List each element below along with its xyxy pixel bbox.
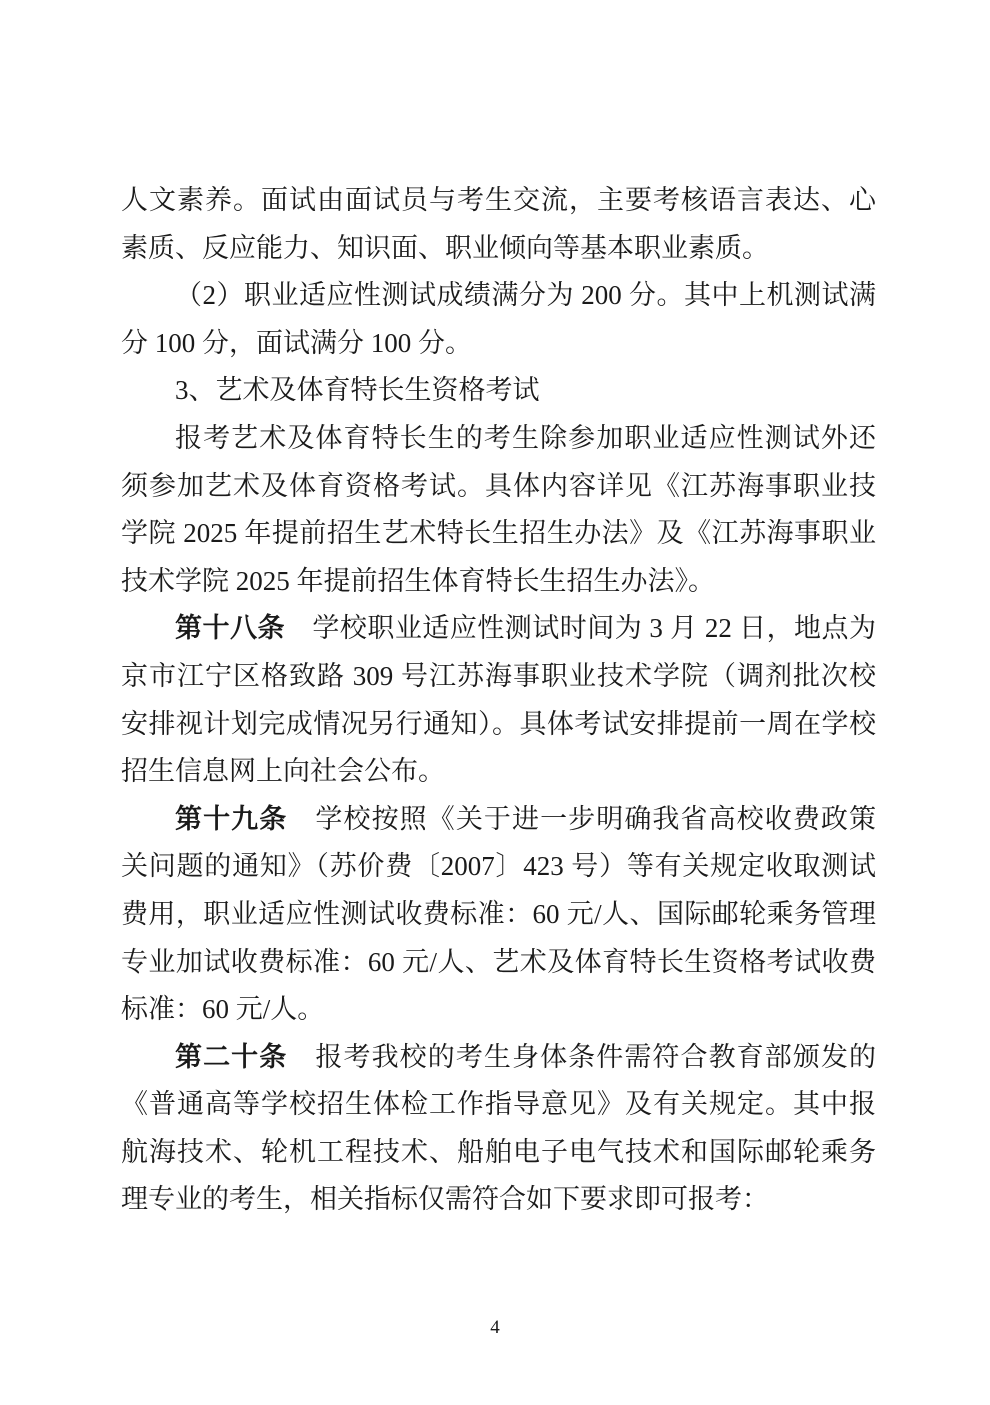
document-line: 分 100 分，面试满分 100 分。 — [121, 320, 876, 368]
document-line: 人文素养。面试由面试员与考生交流，主要考核语言表达、心理 — [121, 177, 876, 225]
document-line: 航海技术、轮机工程技术、船舶电子电气技术和国际邮轮乘务管 — [121, 1129, 876, 1177]
document-line: 第十八条 学校职业适应性测试时间为 3 月 22 日，地点为南 — [121, 605, 876, 653]
document-line: 关问题的通知》（苏价费〔2007〕423 号）等有关规定收取测试 — [121, 843, 876, 891]
document-line: 费用，职业适应性测试收费标准：60 元/人、国际邮轮乘务管理 — [121, 891, 876, 939]
line-text: 报考我校的考生身体条件需符合教育部颁发的 — [287, 1042, 876, 1072]
document-line: 须参加艺术及体育资格考试。具体内容详见《江苏海事职业技术 — [121, 463, 876, 511]
document-line: 3、艺术及体育特长生资格考试 — [121, 367, 876, 415]
page-number: 4 — [0, 1316, 990, 1340]
document-line: 《普通高等学校招生体检工作指导意见》及有关规定。其中报考 — [121, 1081, 876, 1129]
document-line: 报考艺术及体育特长生的考生除参加职业适应性测试外还 — [121, 415, 876, 463]
document-line: 学院 2025 年提前招生艺术特长生招生办法》及《江苏海事职业 — [121, 510, 876, 558]
article-number-heading: 第二十条 — [175, 1042, 287, 1072]
document-line: 标准：60 元/人。 — [121, 986, 876, 1034]
document-line: 第二十条 报考我校的考生身体条件需符合教育部颁发的 — [121, 1034, 876, 1082]
article-number-heading: 第十九条 — [175, 804, 287, 834]
document-line: （2）职业适应性测试成绩满分为 200 分。其中上机测试满 — [121, 272, 876, 320]
document-line: 第十九条 学校按照《关于进一步明确我省高校收费政策有 — [121, 796, 876, 844]
document-page: 人文素养。面试由面试员与考生交流，主要考核语言表达、心理 素质、反应能力、知识面… — [0, 0, 990, 1405]
document-line: 理专业的考生，相关指标仅需符合如下要求即可报考： — [121, 1176, 876, 1224]
document-body: 人文素养。面试由面试员与考生交流，主要考核语言表达、心理 素质、反应能力、知识面… — [121, 177, 876, 1224]
article-number-heading: 第十八条 — [175, 613, 285, 643]
document-line: 京市江宁区格致路 309 号江苏海事职业技术学院（调剂批次校测 — [121, 653, 876, 701]
document-line: 专业加试收费标准：60 元/人、艺术及体育特长生资格考试收费 — [121, 939, 876, 987]
document-line: 技术学院 2025 年提前招生体育特长生招生办法》。 — [121, 558, 876, 606]
document-line: 素质、反应能力、知识面、职业倾向等基本职业素质。 — [121, 225, 876, 273]
document-line: 安排视计划完成情况另行通知）。具体考试安排提前一周在学校 — [121, 701, 876, 749]
document-line: 招生信息网上向社会公布。 — [121, 748, 876, 796]
